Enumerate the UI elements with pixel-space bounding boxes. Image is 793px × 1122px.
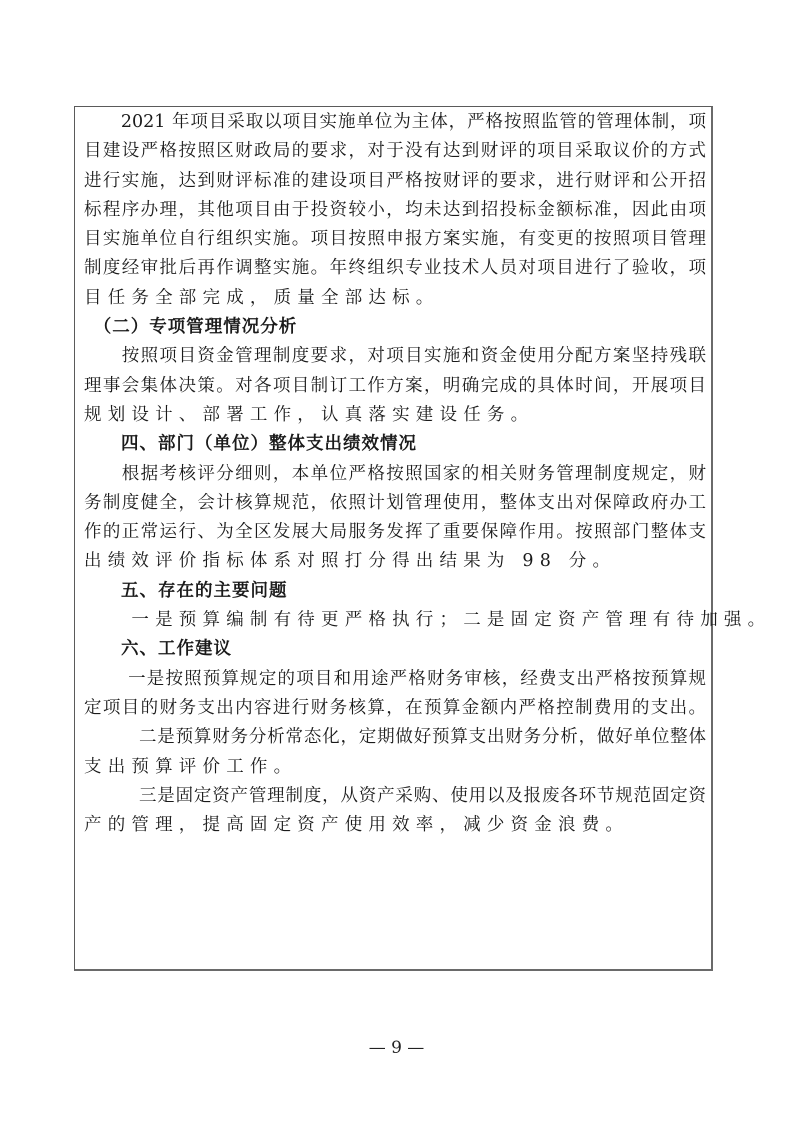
text-line: 进行实施，达到财评标准的建设项目严格按财评的要求，进行财评和公开招 — [84, 167, 706, 196]
section-heading-work-suggestions: 六、工作建议 — [84, 635, 706, 664]
paragraph-overall-performance: 根据考核评分细则，本单位严格按照国家的相关财务管理制度规定，财 务制度健全，会计… — [84, 460, 706, 577]
text-line: 标程序办理，其他项目由于投资较小，均未达到招投标金额标准，因此由项 — [84, 196, 706, 225]
section-heading-overall-performance: 四、部门（单位）整体支出绩效情况 — [84, 430, 706, 459]
text-line: 支出预算评价工作。 — [84, 753, 706, 782]
text-line: 出绩效评价指标体系对照打分得出结果为 98 分。 — [84, 547, 706, 576]
page-number: — 9 — — [0, 1038, 793, 1058]
document-body: 2021 年项目采取以项目实施单位为主体，严格按照监管的管理体制，项 目建设严格… — [84, 108, 706, 840]
text-line: 按照项目资金管理制度要求，对项目实施和资金使用分配方案坚持残联 — [84, 342, 706, 371]
text-line: 目任务全部完成，质量全部达标。 — [84, 284, 706, 313]
text-line: 二是预算财务分析常态化，定期做好预算支出财务分析，做好单位整体 — [84, 723, 706, 752]
section-heading-special-management: （二）专项管理情况分析 — [84, 313, 706, 342]
text-line: 规划设计、部署工作，认真落实建设任务。 — [84, 401, 706, 430]
text-line: 目建设严格按照区财政局的要求，对于没有达到财评的项目采取议价的方式 — [84, 137, 706, 166]
text-line: 目实施单位自行组织实施。项目按照申报方案实施，有变更的按照项目管理 — [84, 225, 706, 254]
text-line: 三是固定资产管理制度，从资产采购、使用以及报废各环节规范固定资 — [84, 782, 706, 811]
text-line: 作的正常运行、为全区发展大局服务发挥了重要保障作用。按照部门整体支 — [84, 518, 706, 547]
paragraph-project-implementation: 2021 年项目采取以项目实施单位为主体，严格按照监管的管理体制，项 目建设严格… — [84, 108, 706, 313]
text-line: 理事会集体决策。对各项目制订工作方案，明确完成的具体时间，开展项目 — [84, 372, 706, 401]
text-line: 定项目的财务支出内容进行财务核算，在预算金额内严格控制费用的支出。 — [84, 694, 706, 723]
text-line: 根据考核评分细则，本单位严格按照国家的相关财务管理制度规定，财 — [84, 460, 706, 489]
text-line: 务制度健全，会计核算规范，依照计划管理使用，整体支出对保障政府办工 — [84, 489, 706, 518]
section-heading-main-problems: 五、存在的主要问题 — [84, 577, 706, 606]
paragraph-main-problems: 一是预算编制有待更严格执行；二是固定资产管理有待加强。 — [84, 606, 706, 635]
text-line: 2021 年项目采取以项目实施单位为主体，严格按照监管的管理体制，项 — [84, 108, 706, 137]
paragraph-work-suggestions: 一是按照预算规定的项目和用途严格财务审核，经费支出严格按预算规 定项目的财务支出… — [84, 665, 706, 841]
paragraph-fund-management: 按照项目资金管理制度要求，对项目实施和资金使用分配方案坚持残联 理事会集体决策。… — [84, 342, 706, 430]
text-line: 一是按照预算规定的项目和用途严格财务审核，经费支出严格按预算规 — [84, 665, 706, 694]
text-line: 产的管理，提高固定资产使用效率，减少资金浪费。 — [84, 811, 706, 840]
text-line: 制度经审批后再作调整实施。年终组织专业技术人员对项目进行了验收，项 — [84, 254, 706, 283]
